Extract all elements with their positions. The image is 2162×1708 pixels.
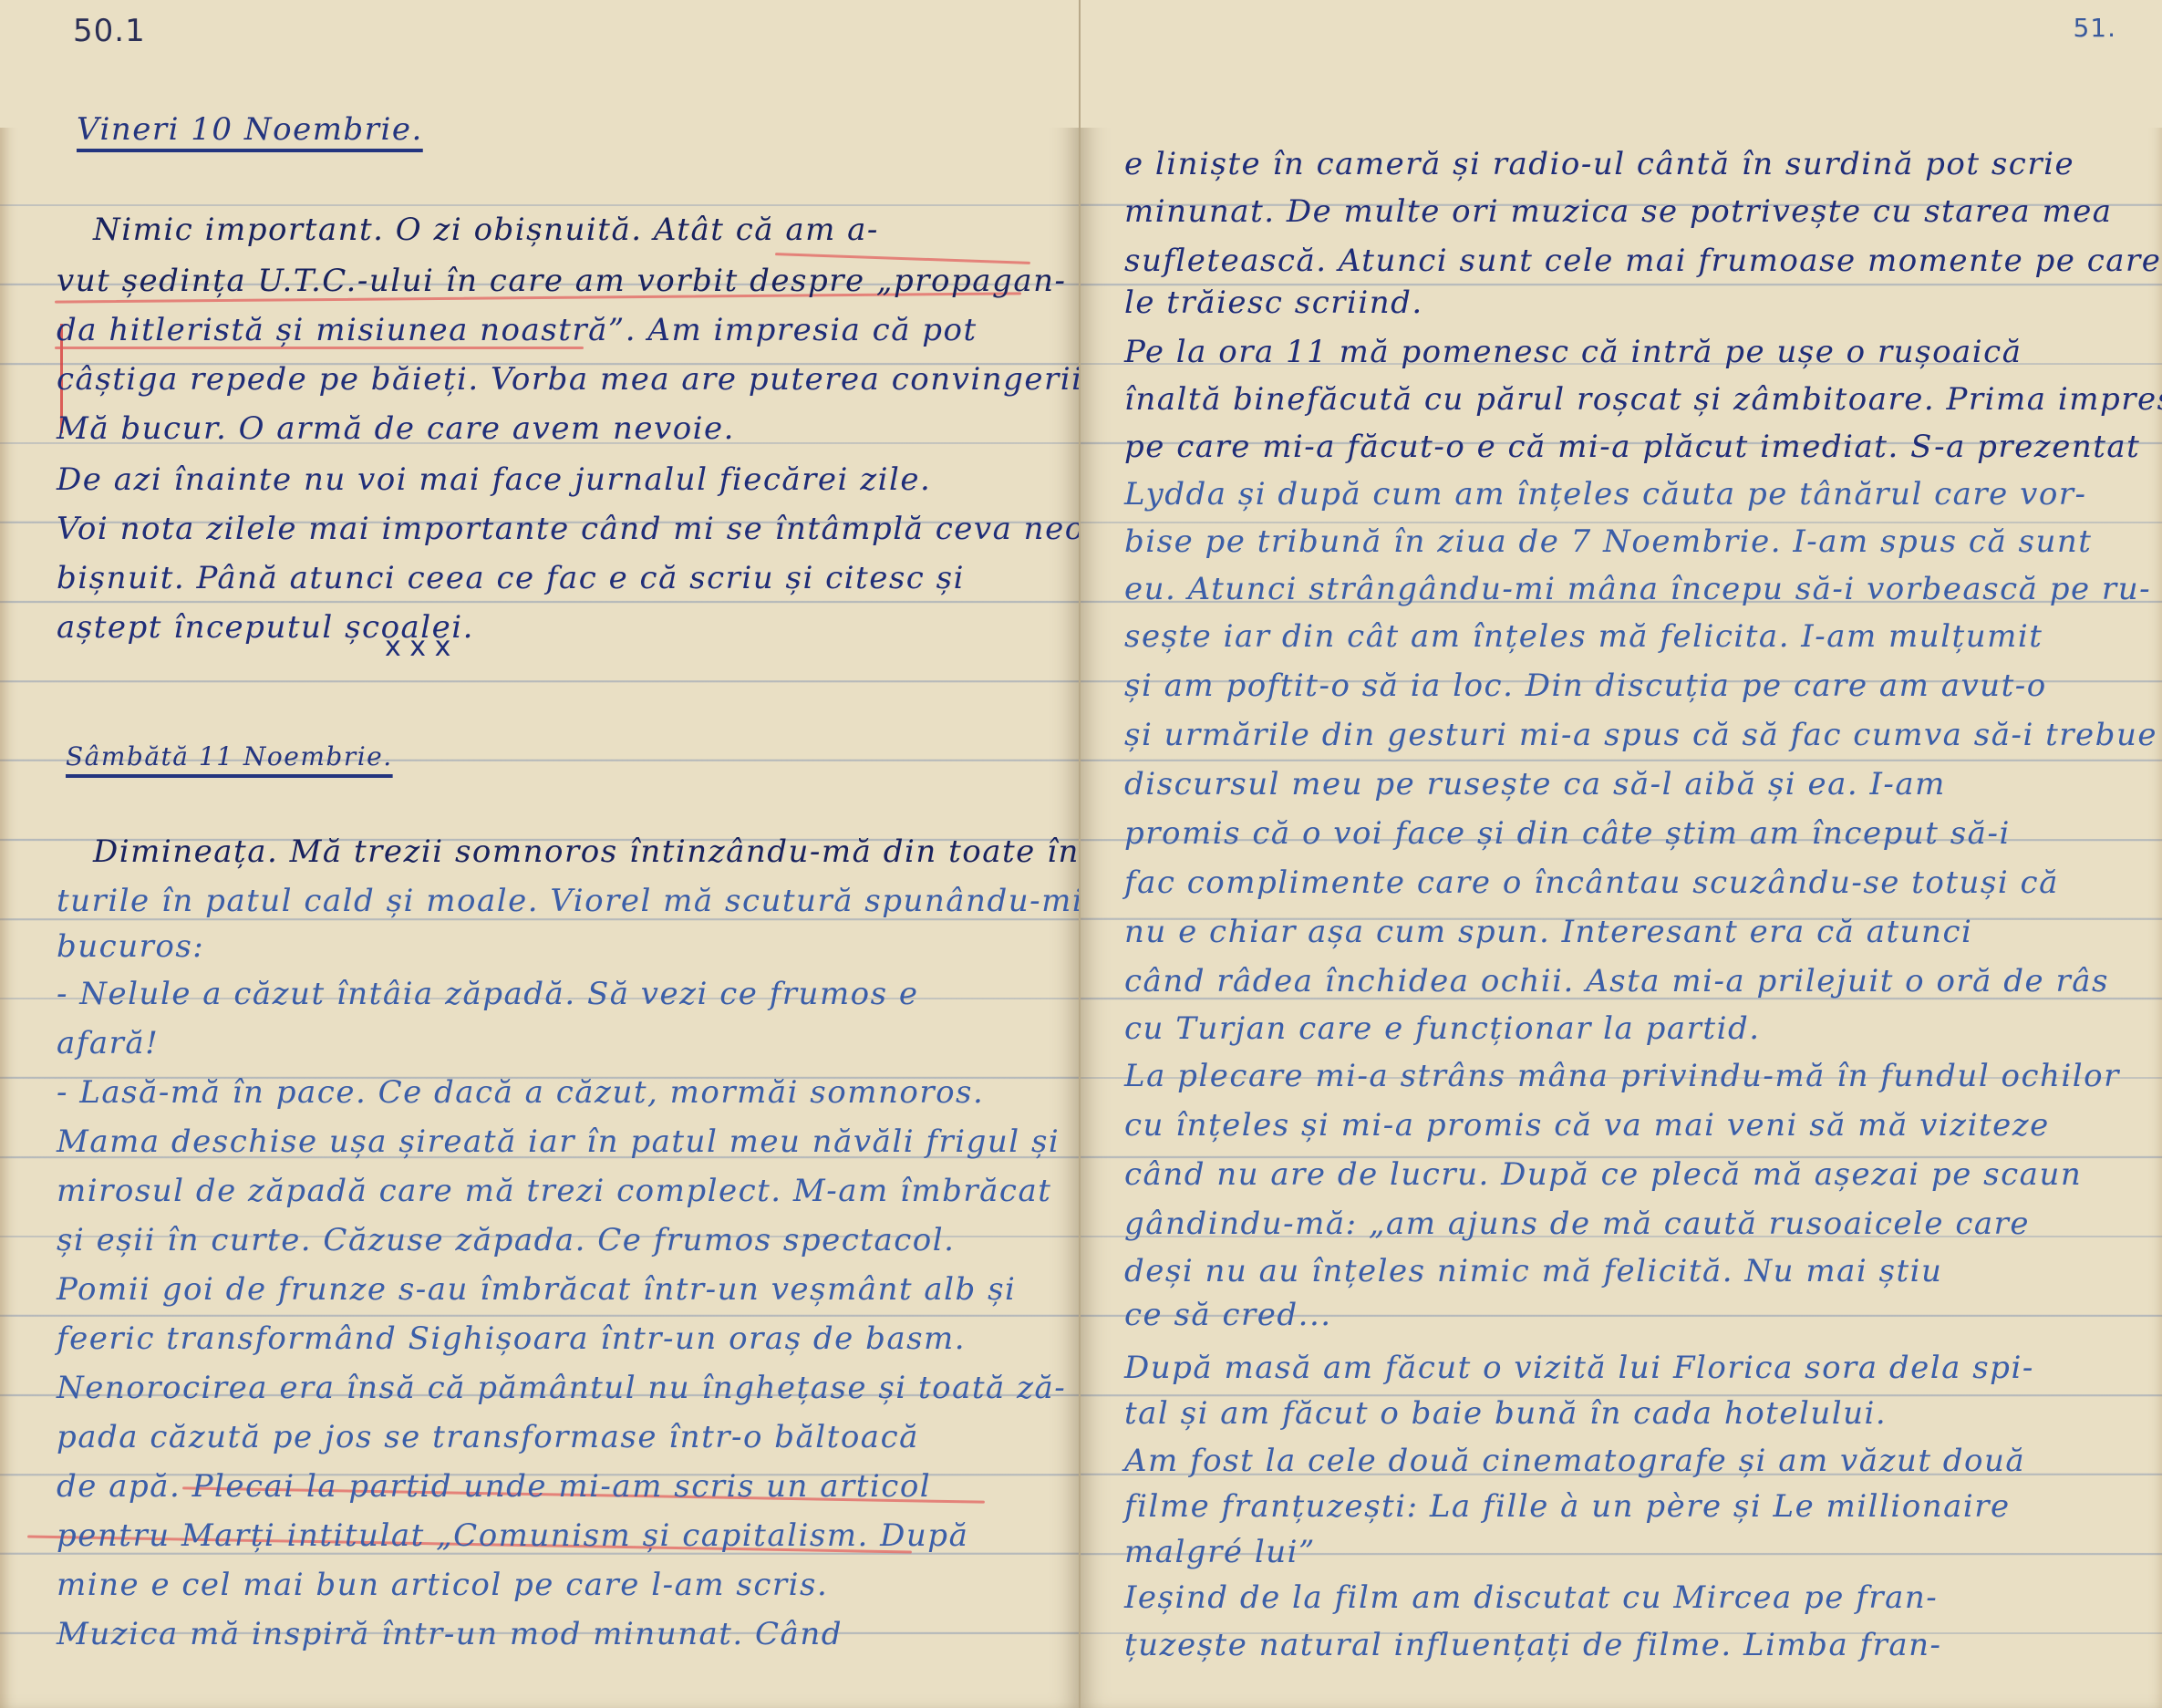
text-line: și eșii în curte. Căzuse zăpada. Ce frum… <box>57 1213 1046 1268</box>
text-line: le trăiesc scriind. <box>1124 275 2144 330</box>
text-line: de apă. Plecai la partid unde mi-am scri… <box>57 1459 1046 1514</box>
text-line: nu e chiar așa cum spun. Interesant era … <box>1124 905 2144 959</box>
text-line: Dimineața. Mă trezii somnoros întinzându… <box>57 824 1046 879</box>
text-line: Pe la ora 11 mă pomenesc că intră pe ușe… <box>1124 325 2144 379</box>
entry-heading-friday: Vineri 10 Noembrie. <box>77 102 1046 157</box>
text-line: e liniște în cameră și radio-ul cântă în… <box>1124 137 2144 192</box>
text-line: ce să cred... <box>1124 1288 2144 1342</box>
text-line: câștiga repede pe băieți. Vorba mea are … <box>57 352 1046 407</box>
notebook-spread: 50.1 Vineri 10 Noembrie. Nimic important… <box>0 0 2162 1708</box>
text-line: mirosul de zăpadă care mă trezi complect… <box>57 1164 1046 1218</box>
text-line: - Nelule a căzut întâia zăpadă. Să vezi … <box>57 967 1046 1021</box>
text-line: feeric transformând Sighișoara într-un o… <box>57 1311 1046 1366</box>
text-line: când nu are de lucru. După ce plecă mă a… <box>1124 1147 2144 1202</box>
text-line: pe care mi-a făcut-o e că mi-a plăcut im… <box>1124 419 2144 474</box>
page-number-left: 50.1 <box>73 13 146 49</box>
text-line: cu Turjan care e funcționar la partid. <box>1124 1001 2144 1056</box>
text-line: înaltă binefăcută cu părul roșcat și zâm… <box>1124 372 2144 427</box>
text-line: Mama deschise ușa șireată iar în patul m… <box>57 1114 1046 1169</box>
entry-heading-saturday: Sâmbătă 11 Noembrie. <box>66 730 1046 784</box>
page-number-right: 51. <box>2073 13 2116 43</box>
text-line: - Lasă-mă în pace. Ce dacă a căzut, morm… <box>57 1065 1046 1120</box>
text-line: când râdea închidea ochii. Asta mi-a pri… <box>1124 954 2144 1009</box>
text-line: pentru Marți intitulat „Comunism și capi… <box>57 1508 1046 1563</box>
text-line: eu. Atunci strângându-mi mâna începu să-… <box>1124 562 2144 616</box>
section-separator-marks: x x x <box>385 631 450 663</box>
text-line: gândindu-mă: „am ajuns de mă caută rusoa… <box>1124 1196 2144 1251</box>
text-line: Voi nota zilele mai importante când mi s… <box>57 502 1046 556</box>
text-line: Nimic important. O zi obișnuită. Atât că… <box>57 202 1046 257</box>
text-line: țuzește natural influențați de filme. Li… <box>1124 1618 2144 1672</box>
right-page: 51. e liniște în cameră și radio-ul cânt… <box>1081 0 2162 1708</box>
text-line: afară! <box>57 1016 1046 1071</box>
text-line: aștept începutul școalei. <box>57 600 1046 655</box>
text-line: mine e cel mai bun articol pe care l-am … <box>57 1558 1046 1612</box>
text-line: Muzica mă inspiră într-un mod minunat. C… <box>57 1607 1046 1661</box>
text-line: Lydda și după cum am înțeles căuta pe tâ… <box>1124 467 2144 522</box>
text-line: sește iar din cât am înțeles mă felicita… <box>1124 609 2144 664</box>
text-line: promis că o voi face și din câte știm am… <box>1124 806 2144 861</box>
text-line: De azi înainte nu voi mai face jurnalul … <box>57 452 1046 507</box>
text-line: da hitleristă și misiunea noastră”. Am i… <box>57 303 1046 357</box>
text-line: discursul meu pe rusește ca să-l aibă și… <box>1124 757 2144 812</box>
text-line: Nenorocirea era însă că pământul nu îngh… <box>57 1361 1046 1415</box>
text-line: tal și am făcut o baie bună în cada hote… <box>1124 1386 2144 1441</box>
text-line: Ieșind de la film am discutat cu Mircea … <box>1124 1570 2144 1625</box>
left-page: 50.1 Vineri 10 Noembrie. Nimic important… <box>0 0 1081 1708</box>
text-line: și am poftit-o să ia loc. Din discuția p… <box>1124 658 2144 713</box>
text-line: Pomii goi de frunze s-au îmbrăcat într-u… <box>57 1262 1046 1317</box>
text-line: Mă bucur. O armă de care avem nevoie. <box>57 401 1046 456</box>
text-line: bucuros: <box>57 919 1046 974</box>
text-line: La plecare mi-a strâns mâna privindu-mă … <box>1124 1049 2144 1103</box>
text-line: bise pe tribună în ziua de 7 Noembrie. I… <box>1124 514 2144 569</box>
text-line: vut ședința U.T.C.-ului în care am vorbi… <box>57 254 1046 308</box>
text-line: cu înțeles și mi-a promis că va mai veni… <box>1124 1098 2144 1153</box>
text-line: fac complimente care o încântau scuzându… <box>1124 855 2144 910</box>
text-line: bișnuit. Până atunci ceea ce fac e că sc… <box>57 551 1046 606</box>
text-line: și urmările din gesturi mi-a spus că să … <box>1124 708 2144 762</box>
text-line: minunat. De multe ori muzica se potriveș… <box>1124 184 2144 239</box>
text-line: pada căzută pe jos se transformase într-… <box>57 1410 1046 1465</box>
